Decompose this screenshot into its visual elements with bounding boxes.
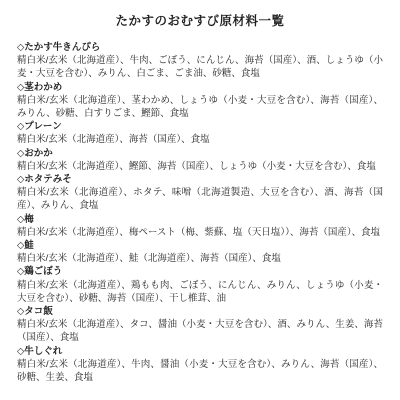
ingredient-section: ◇プレーン 精白米/玄米（北海道産）、海苔（国産）、食塩 [17,120,383,146]
section-heading: ◇ホタテみそ [17,173,383,186]
section-ingredients: 精白米/玄米（北海道産）、鶏もも肉、ごぼう、にんじん、みりん、しょうゆ（小麦・大… [17,279,383,305]
ingredient-section: ◇たかす牛きんぴら 精白米/玄米（北海道産）、牛肉、ごぼう、にんじん、海苔（国産… [17,41,383,81]
section-heading: ◇梅 [17,213,383,226]
section-heading: ◇牛しぐれ [17,345,383,358]
ingredient-section: ◇タコ飯 精白米/玄米（北海道産）、タコ、醤油（小麦・大豆を含む）、酒、みりん、… [17,305,383,345]
ingredient-section: ◇おかか 精白米/玄米（北海道産）、鰹節、海苔（国産）、しょうゆ（小麦・大豆を含… [17,147,383,173]
section-heading: ◇タコ飯 [17,305,383,318]
section-heading: ◇鶏ごぼう [17,265,383,278]
ingredient-section: ◇鶏ごぼう 精白米/玄米（北海道産）、鶏もも肉、ごぼう、にんじん、みりん、しょう… [17,265,383,305]
section-ingredients: 精白米/玄米（北海道産）、鰹節、海苔（国産）、しょうゆ（小麦・大豆を含む）、食塩 [17,160,383,173]
ingredient-section: ◇茎わかめ 精白米/玄米（北海道産）、茎わかめ、しょうゆ（小麦・大豆を含む）、海… [17,81,383,121]
section-heading: ◇プレーン [17,120,383,133]
section-ingredients: 精白米/玄米（北海道産）、牛肉、ごぼう、にんじん、海苔（国産）、酒、しょうゆ（小… [17,54,383,80]
page-title: たかすのおむすび原材料一覧 [17,13,383,29]
section-heading: ◇たかす牛きんぴら [17,41,383,54]
ingredient-list-page: たかすのおむすび原材料一覧 ◇たかす牛きんぴら 精白米/玄米（北海道産）、牛肉、… [0,0,400,400]
ingredient-section: ◇鮭 精白米/玄米（北海道産）、鮭（北海道産）、海苔（国産）、食塩 [17,239,383,265]
section-ingredients: 精白米/玄米（北海道産）、ホタテ、味噌（北海道製造、大豆を含む）、酒、海苔（国産… [17,186,383,212]
section-heading: ◇おかか [17,147,383,160]
section-heading: ◇鮭 [17,239,383,252]
section-ingredients: 精白米/玄米（北海道産）、梅ペースト（梅、紫蘇、塩（天日塩））、海苔（国産）、食… [17,226,383,239]
ingredient-section: ◇ホタテみそ 精白米/玄米（北海道産）、ホタテ、味噌（北海道製造、大豆を含む）、… [17,173,383,213]
section-ingredients: 精白米/玄米（北海道産）、タコ、醤油（小麦・大豆を含む）、酒、みりん、生姜、海苔… [17,318,383,344]
section-heading: ◇茎わかめ [17,81,383,94]
ingredient-section: ◇牛しぐれ 精白米/玄米（北海道産）、牛肉、醤油（小麦・大豆を含む）、みりん、海… [17,345,383,385]
section-ingredients: 精白米/玄米（北海道産）、茎わかめ、しょうゆ（小麦・大豆を含む）、海苔（国産）、… [17,94,383,120]
ingredient-section: ◇梅 精白米/玄米（北海道産）、梅ペースト（梅、紫蘇、塩（天日塩））、海苔（国産… [17,213,383,239]
section-ingredients: 精白米/玄米（北海道産）、鮭（北海道産）、海苔（国産）、食塩 [17,252,383,265]
section-ingredients: 精白米/玄米（北海道産）、牛肉、醤油（小麦・大豆を含む）、みりん、海苔（国産）、… [17,358,383,384]
section-ingredients: 精白米/玄米（北海道産）、海苔（国産）、食塩 [17,133,383,146]
